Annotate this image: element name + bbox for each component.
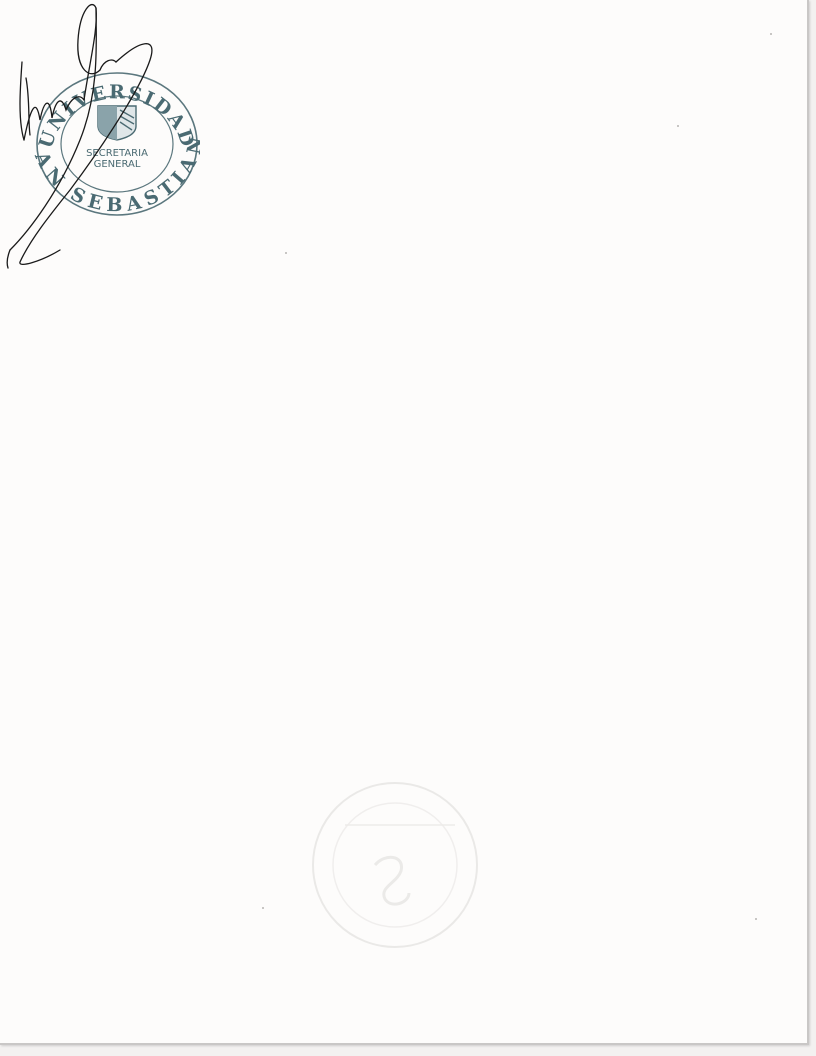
embossed-seal-icon bbox=[305, 775, 485, 955]
paper-speck bbox=[262, 907, 264, 909]
paper-speck bbox=[285, 252, 287, 254]
paper-speck bbox=[755, 918, 757, 920]
paper-speck bbox=[770, 33, 772, 35]
handwritten-signature bbox=[0, 0, 170, 270]
paper-speck bbox=[677, 125, 679, 127]
document-page: UNIVERSIDAD SAN SEBASTIAN SECRETARIA GEN… bbox=[0, 0, 809, 1045]
